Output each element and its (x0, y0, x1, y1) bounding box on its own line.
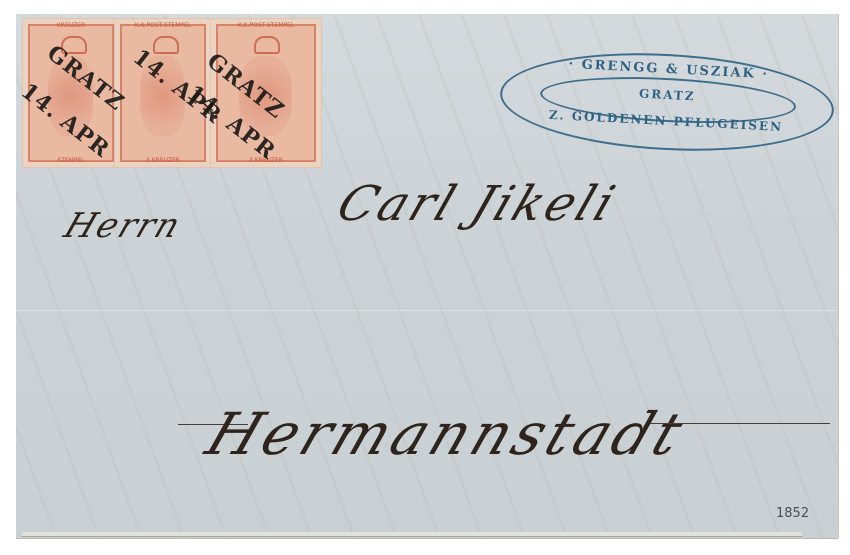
crown-icon (153, 36, 179, 54)
underline-right (650, 423, 830, 424)
stamp-top-text: KREUZER (23, 22, 119, 29)
stamp-top-text: K.K.POST-STEMPEL (115, 22, 211, 29)
stamp-bottom-text: STEMPEL (23, 157, 119, 164)
address-addressee: Carl Jikeli (330, 176, 625, 232)
stamp-strip: KREUZER STEMPEL K.K.POST-STEMPEL 3 KREUZ… (22, 18, 327, 170)
crown-icon (254, 36, 280, 54)
pencil-year-note: 1852 (776, 506, 809, 521)
address-salutation: Herrn (59, 206, 188, 246)
stamp-bottom-text: 3 KREUZER (115, 157, 211, 164)
address-destination: Hermannstadt (198, 400, 696, 468)
stamp-top-text: K.K.POST-STEMPEL (211, 22, 321, 29)
cover-bottom-edge (22, 532, 802, 537)
paper-fold (16, 310, 838, 311)
